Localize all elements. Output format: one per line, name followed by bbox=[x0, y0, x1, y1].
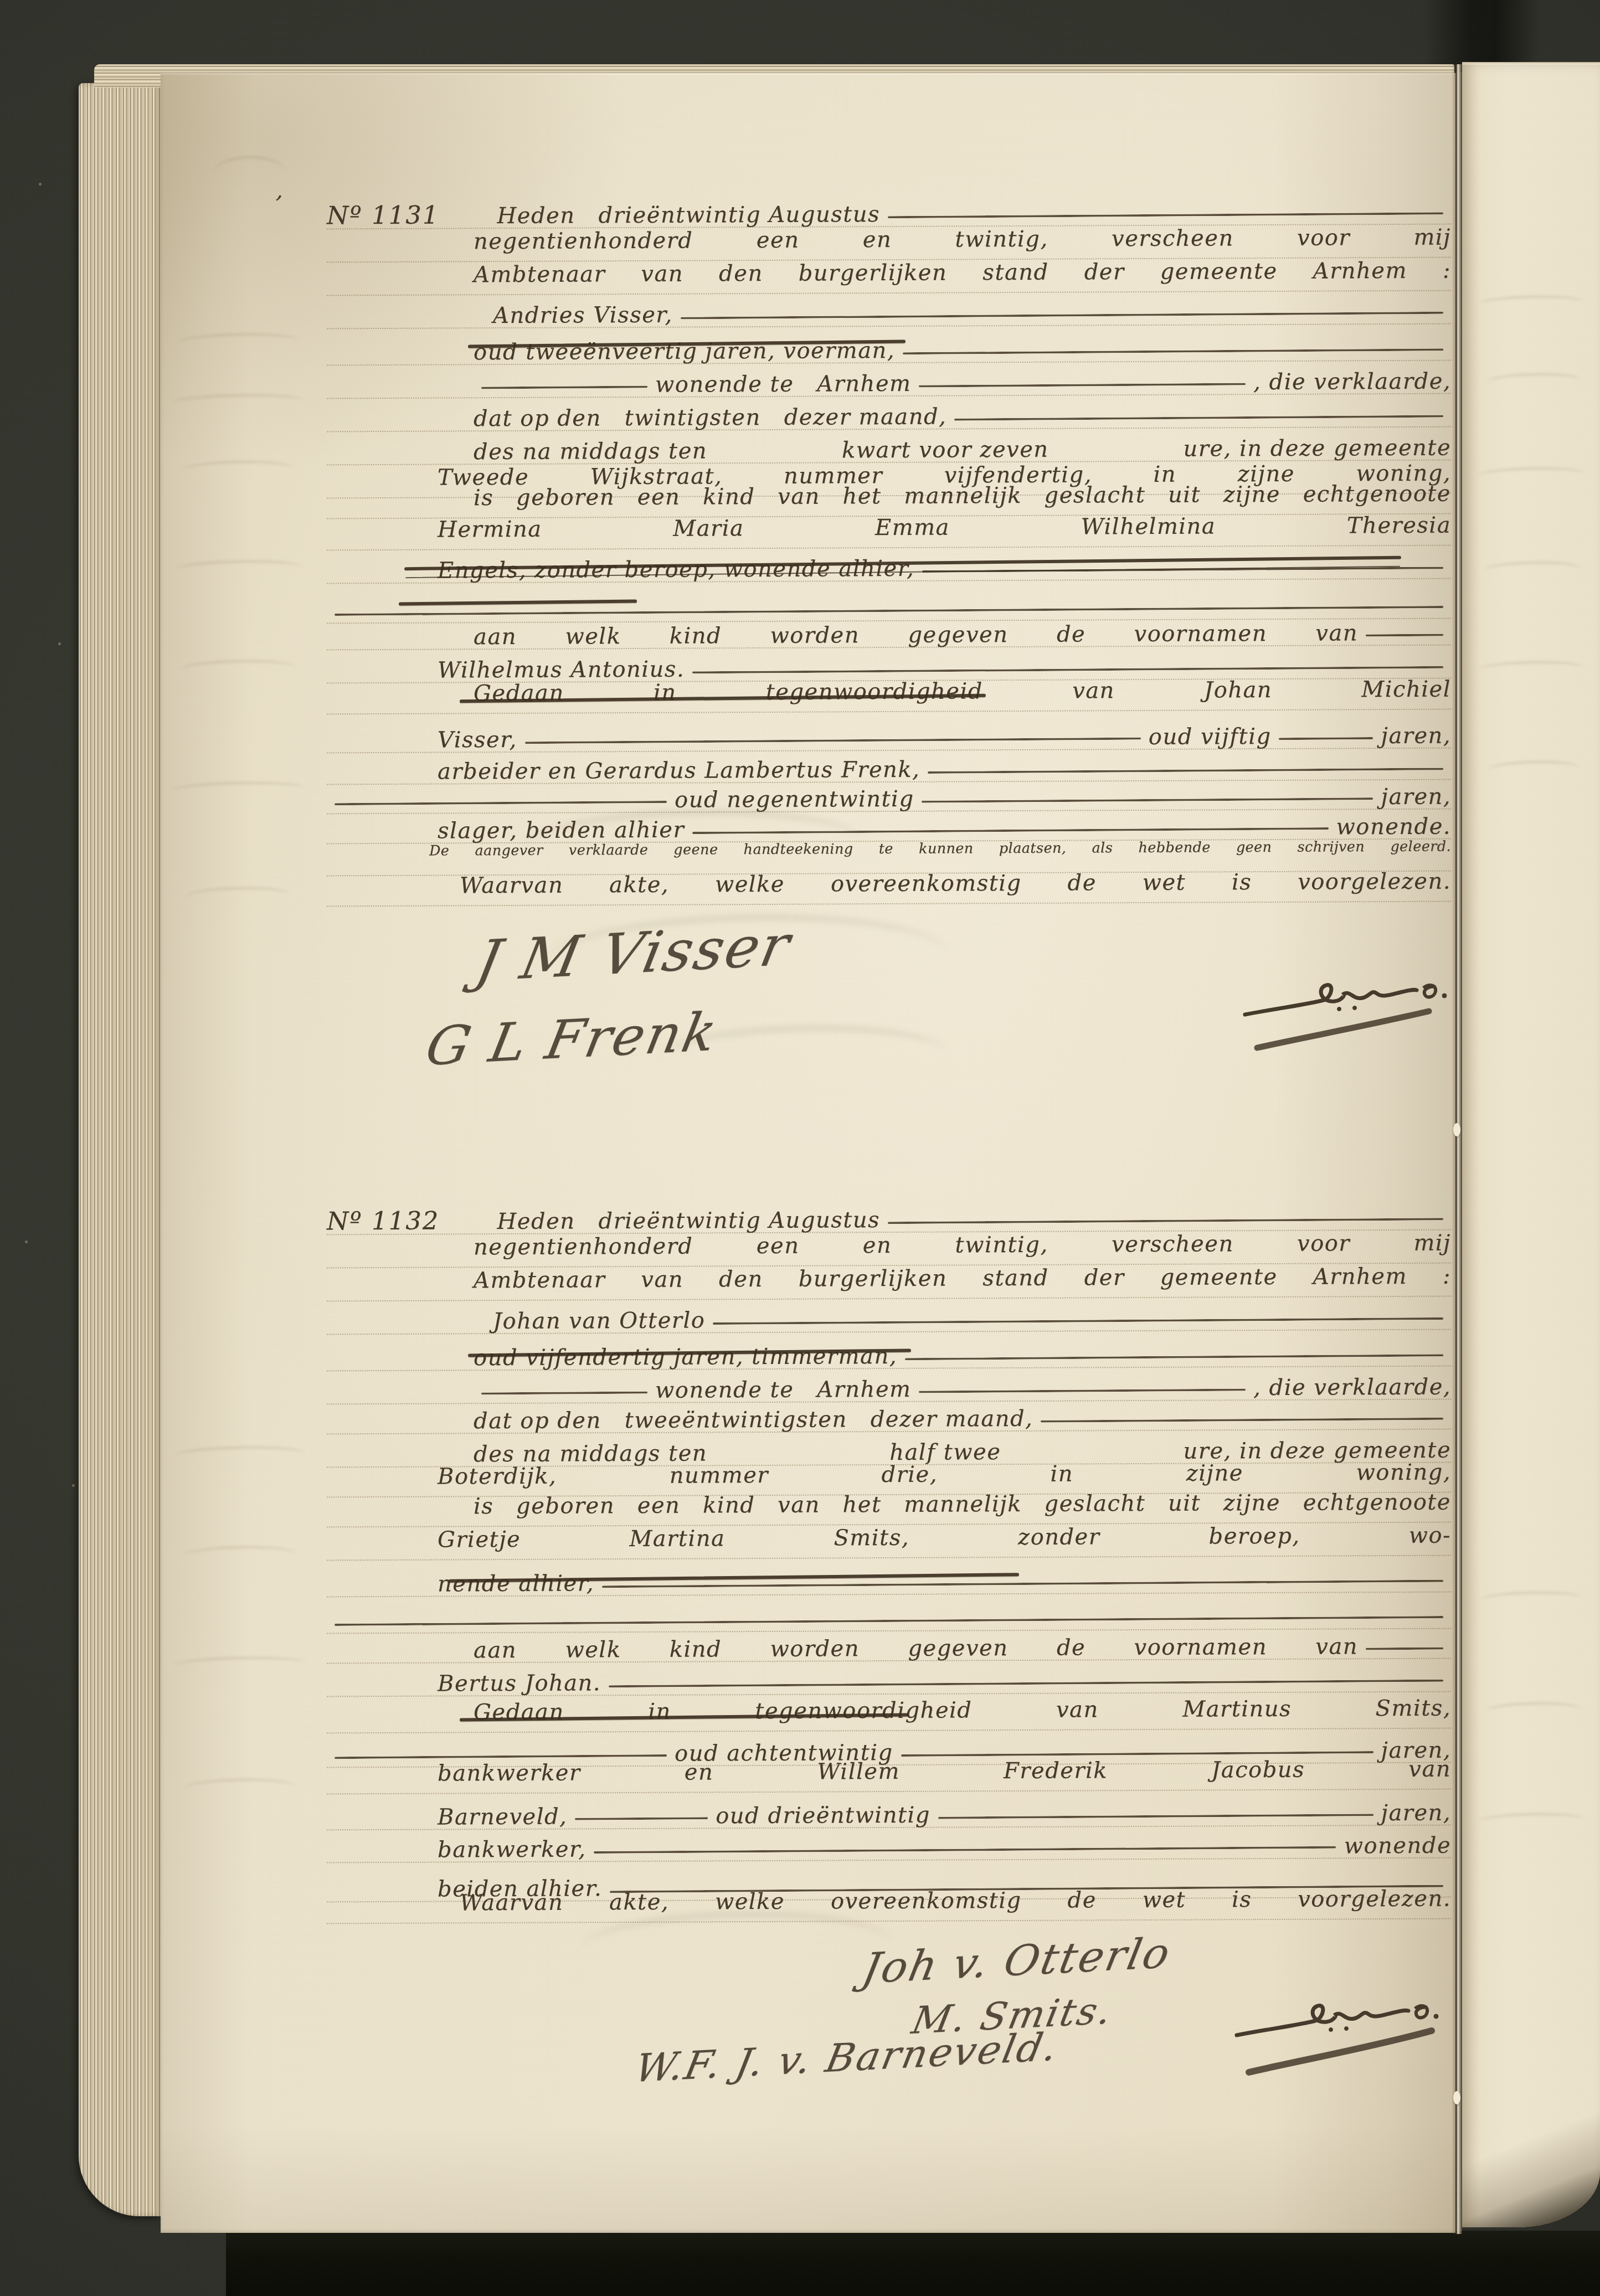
act-line: is geboren een kind van het mannelijk ge… bbox=[327, 1491, 1451, 1528]
ink-rule bbox=[905, 1354, 1443, 1360]
next-page-edge bbox=[1462, 62, 1600, 2227]
line-text-filled: nende alhier, bbox=[438, 1572, 594, 1595]
ink-bleedthrough bbox=[1484, 560, 1582, 578]
act-line: dat op den tweeëntwintigsten dezer maand… bbox=[327, 1398, 1451, 1435]
ink-bleedthrough bbox=[1480, 1590, 1583, 1607]
ink-rule bbox=[938, 1814, 1373, 1819]
ink-rule bbox=[901, 1751, 1373, 1757]
line-text-filled: drieëntwintig Augustus bbox=[598, 1208, 880, 1233]
ink-rule bbox=[1366, 1647, 1443, 1650]
book-spine-shadow bbox=[1423, 0, 1540, 72]
line-text-filled: Bertus Johan. bbox=[438, 1671, 601, 1695]
act-line: negentienhonderd een en twintig, versche… bbox=[327, 1232, 1451, 1269]
line-text: wonende te bbox=[655, 1378, 794, 1402]
witness-signature-barneveld: W.F. J. v. Barneveld. bbox=[631, 2024, 1063, 2091]
line-text-filled: Barneveld, bbox=[438, 1805, 567, 1829]
ink-rule bbox=[919, 1388, 1246, 1393]
registrar-paraph-signature bbox=[1232, 1970, 1465, 2086]
ink-rule bbox=[594, 1846, 1336, 1854]
page-curl-shadow bbox=[1462, 2100, 1600, 2227]
act-line-mother-name: Grietje Martina Smits, zonder beroep, wo… bbox=[327, 1524, 1451, 1561]
line-text: is geboren een kind van het mannelijk ge… bbox=[474, 1490, 1451, 1520]
ink-bleedthrough bbox=[1479, 1812, 1584, 1829]
line-text: wonende bbox=[1344, 1834, 1451, 1858]
ink-bleedthrough bbox=[1487, 372, 1582, 390]
table-background bbox=[226, 2231, 1600, 2296]
act-number-label: Nº 1132 bbox=[327, 1207, 440, 1234]
line-text-filled: Arnhem bbox=[817, 1378, 911, 1402]
line-text: aan welk kind worden gegeven de voorname… bbox=[474, 1635, 1358, 1662]
ink-rule bbox=[602, 1580, 1443, 1588]
line-text: Heden bbox=[497, 1209, 575, 1233]
ink-bleedthrough bbox=[1486, 1701, 1581, 1719]
act-line-opening: Nº 1132 Heden drieëntwintig Augustus bbox=[327, 1198, 1451, 1235]
ink-rule bbox=[335, 1754, 667, 1759]
line-text-filled: Johan van Otterlo bbox=[493, 1309, 705, 1333]
dust-speck bbox=[39, 183, 42, 186]
page-stack-left-edge bbox=[79, 83, 162, 2216]
line-text: Ambtenaar van den burgerlijken stand der… bbox=[474, 1264, 1451, 1294]
registry-page: ’ Nº 1131 Heden drieëntwintig Augustus n… bbox=[161, 73, 1455, 2233]
line-text: oud vijfendertig jaren, timmerman, bbox=[474, 1345, 897, 1370]
paper-nick bbox=[1453, 1123, 1460, 1136]
ink-bleedthrough bbox=[1478, 466, 1586, 483]
ink-bleedthrough bbox=[1489, 760, 1581, 777]
act-line-declarant-name: Johan van Otterlo bbox=[327, 1298, 1451, 1335]
dust-speck bbox=[58, 642, 61, 645]
line-text-filled: oud drieëntwintig bbox=[716, 1804, 930, 1828]
line-text: jaren, bbox=[1381, 1801, 1451, 1825]
act-line: bankwerker, wonende bbox=[327, 1826, 1451, 1863]
ink-bleedthrough bbox=[1479, 295, 1584, 311]
act-line: aan welk kind worden gegeven de voorname… bbox=[327, 1627, 1451, 1664]
ink-bleedthrough bbox=[1479, 660, 1584, 677]
line-text-filled: tweeëntwintigsten bbox=[625, 1408, 847, 1432]
line-text: des na middags ten bbox=[474, 1442, 707, 1466]
line-text-filled: Boterdijk, nummer drie, in zijne woning, bbox=[438, 1460, 1451, 1490]
line-text-filled: Grietje Martina Smits, zonder beroep, wo… bbox=[438, 1523, 1451, 1553]
line-text: Gedaan in tegenwoordigheid van Martinus … bbox=[474, 1696, 1451, 1726]
line-text: Waarvan akte, welke overeenkomstig de we… bbox=[460, 1886, 1451, 1916]
act-line: Barneveld, oud drieëntwintig jaren, bbox=[327, 1794, 1451, 1831]
line-text: negentienhonderd een en twintig, versche… bbox=[474, 1231, 1451, 1260]
closing-formula: Waarvan akte, welke overeenkomstig de we… bbox=[327, 1887, 1451, 1924]
declarant-signature-otterlo: Joh v. Otterlo bbox=[858, 1928, 1175, 1993]
act-line-child-names: Bertus Johan. bbox=[327, 1660, 1451, 1697]
registry-book-photo: ’ Nº 1131 Heden drieëntwintig Augustus n… bbox=[0, 0, 1600, 2296]
line-text-filled: bankwerker, bbox=[438, 1837, 587, 1861]
act-line: Ambtenaar van den burgerlijken stand der… bbox=[327, 1265, 1451, 1302]
dust-speck bbox=[25, 1240, 28, 1243]
ink-rule bbox=[335, 1616, 1443, 1626]
ink-rule bbox=[713, 1317, 1443, 1325]
birth-act-1132: Nº 1132 Heden drieëntwintig Augustus neg… bbox=[161, 73, 1455, 2233]
line-text: dezer maand, bbox=[871, 1407, 1033, 1431]
dust-speck bbox=[72, 1484, 75, 1487]
line-text-filled: bankwerker en Willem Frederik Jacobus va… bbox=[438, 1757, 1451, 1787]
ink-rule bbox=[1041, 1418, 1443, 1423]
book-gutter bbox=[1452, 64, 1462, 2234]
ink-rule bbox=[481, 1392, 647, 1395]
paper-nick bbox=[1453, 2091, 1460, 2104]
act-line-witness-2: bankwerker en Willem Frederik Jacobus va… bbox=[327, 1758, 1451, 1795]
line-text-filled: half twee bbox=[889, 1440, 1001, 1464]
line-text: , die verklaarde, bbox=[1253, 1376, 1451, 1400]
ink-rule bbox=[609, 1680, 1443, 1688]
line-text: dat op den bbox=[474, 1409, 601, 1433]
ink-rule bbox=[888, 1218, 1443, 1224]
ink-rule bbox=[575, 1817, 708, 1820]
